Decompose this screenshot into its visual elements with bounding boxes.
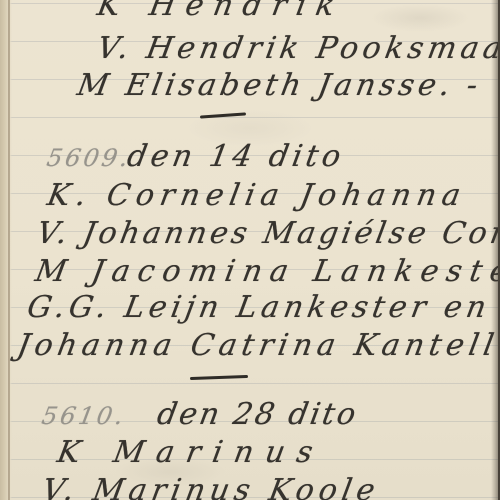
entry2-witnesses-line: G.G. Leijn Lankester en — [25, 293, 493, 323]
entry2-child-line: K. Cornelia Johanna — [45, 181, 469, 211]
entry2-father-text: V. Johannes Magiélse Corn — [34, 216, 500, 251]
entry2-witnesses-line-2: Johanna Catrina Kantellon — [15, 331, 500, 361]
entry1-child-line: K Hendrik — [95, 0, 347, 21]
entry1-mother-line: M Elisabeth Jansse. - — [75, 71, 484, 101]
entry3-record-number: 5610. — [40, 404, 128, 428]
entry2-father-line: V. Johannes Magiélse Cornz — [33, 219, 500, 258]
page-binding-edge — [0, 0, 12, 500]
entry2-date-line: den 14 dito — [125, 142, 347, 172]
entry3-date-line: den 28 dito — [155, 400, 360, 430]
entry2-mother-line: M Jacomina Lankester — [33, 257, 500, 287]
entry1-father-line: V. Hendrik Pooksmaa — [95, 34, 500, 64]
register-page-scan: K Hendrik V. Hendrik Pooksmaa M Elisabet… — [0, 0, 500, 500]
entry2-record-number: 5609. — [45, 146, 133, 170]
entry3-father-line: V. Marinus Koole — [40, 476, 382, 500]
entry-separator-dash — [190, 375, 248, 380]
page-edge-shadow — [491, 0, 500, 500]
entry-separator-dash — [200, 112, 246, 118]
entry3-child-line: K Marinus — [55, 438, 327, 468]
